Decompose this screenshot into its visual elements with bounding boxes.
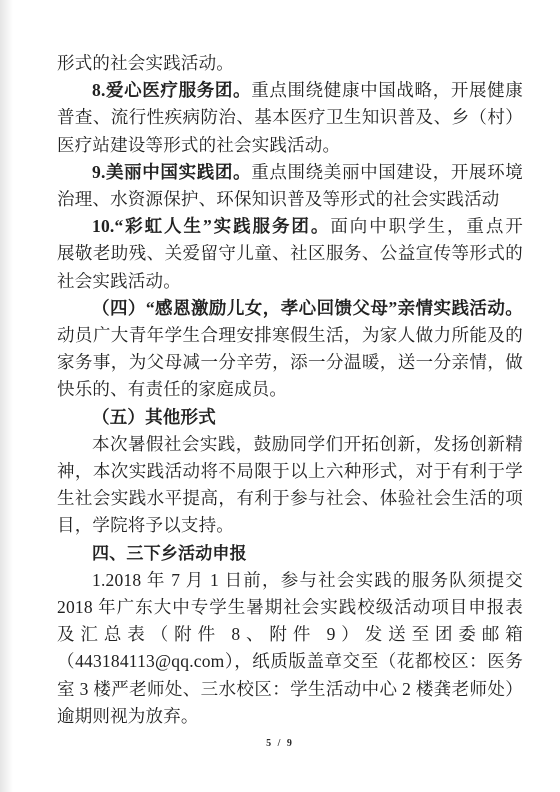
text-line: 社会实践活动。 <box>57 268 523 295</box>
text-segment: 10.“彩虹人生”实践服务团。 <box>92 216 330 236</box>
text-segment: 社会实践活动。 <box>57 271 181 291</box>
text-segment: 目，学院将予以支持。 <box>57 515 234 535</box>
text-line: 2018 年广东大中专学生暑期社会实践校级活动项目申报表 <box>57 594 523 621</box>
text-line: 展敬老助残、关爱留守儿童、社区服务、公益宣传等形式的 <box>57 240 523 267</box>
text-line: 神，本次实践活动将不局限于以上六种形式，对于有利于学 <box>57 458 523 485</box>
text-line: 动员广大青年学生合理安排寒假生活，为家人做力所能及的 <box>57 322 523 349</box>
text-line: 四、三下乡活动申报 <box>57 540 523 567</box>
text-segment: 2018 年广东大中专学生暑期社会实践校级活动项目申报表 <box>57 597 523 617</box>
text-segment: 及汇总表（附件 8、附件 9）发送至团委邮箱 <box>57 624 523 644</box>
text-line: 室 3 楼严老师处、三水校区：学生活动中心 2 楼龚老师处） <box>57 676 523 703</box>
text-segment: 治理、水资源保护、环保知识普及等形式的社会实践活动 <box>57 189 500 209</box>
text-segment: 形式的社会实践活动。 <box>57 53 234 73</box>
text-segment: 神，本次实践活动将不局限于以上六种形式，对于有利于学 <box>57 461 523 481</box>
text-line: 治理、水资源保护、环保知识普及等形式的社会实践活动 <box>57 186 523 213</box>
text-line: 1.2018 年 7 月 1 日前，参与社会实践的服务队须提交 <box>57 567 523 594</box>
text-segment: 生社会实践水平提高，有利于参与社会、体验社会生活的项 <box>57 488 523 508</box>
text-line: （五）其他形式 <box>57 404 523 431</box>
text-segment: 1.2018 年 7 月 1 日前，参与社会实践的服务队须提交 <box>92 570 523 590</box>
text-line: 目，学院将予以支持。 <box>57 512 523 539</box>
page-number: 5 / 9 <box>0 738 560 749</box>
text-line: 生社会实践水平提高，有利于参与社会、体验社会生活的项 <box>57 485 523 512</box>
text-segment: （四）“感恩激励儿女，孝心回馈父母”亲情实践活动。 <box>92 298 523 318</box>
text-segment: 室 3 楼严老师处、三水校区：学生活动中心 2 楼龚老师处） <box>57 679 523 699</box>
text-segment: 动员广大青年学生合理安排寒假生活，为家人做力所能及的 <box>57 325 523 345</box>
text-segment: 本次暑假社会实践，鼓励同学们开拓创新，发扬创新精 <box>92 434 523 454</box>
text-line: 家务事，为父母减一分辛劳，添一分温暖，送一分亲情，做 <box>57 349 523 376</box>
text-segment: 普查、流行性疾病防治、基本医疗卫生知识普及、乡（村） <box>57 107 523 127</box>
text-segment: 8.爱心医疗服务团。 <box>92 80 251 100</box>
text-line: 本次暑假社会实践，鼓励同学们开拓创新，发扬创新精 <box>57 431 523 458</box>
text-segment: 面向中职学生，重点开 <box>330 216 523 236</box>
text-segment: 四、三下乡活动申报 <box>92 544 247 563</box>
text-line: 8.爱心医疗服务团。重点围绕健康中国战略，开展健康 <box>57 77 523 104</box>
text-line: 10.“彩虹人生”实践服务团。面向中职学生，重点开 <box>57 213 523 240</box>
text-segment: 重点围绕健康中国战略，开展健康 <box>251 80 523 100</box>
page-left-edge-shadow <box>0 0 13 792</box>
text-segment: （443184113@qq.com），纸质版盖章交至（花都校区：医务 <box>57 651 523 671</box>
text-line: （四）“感恩激励儿女，孝心回馈父母”亲情实践活动。 <box>57 295 523 322</box>
text-segment: 快乐的、有责任的家庭成员。 <box>57 379 287 399</box>
text-segment: 医疗站建设等形式的社会实践活动。 <box>57 135 340 155</box>
text-line: 普查、流行性疾病防治、基本医疗卫生知识普及、乡（村） <box>57 104 523 131</box>
text-line: 9.美丽中国实践团。重点围绕美丽中国建设，开展环境 <box>57 159 523 186</box>
text-segment: 展敬老助残、关爱留守儿童、社区服务、公益宣传等形式的 <box>57 243 523 263</box>
text-segment: 逾期则视为放弃。 <box>57 706 199 726</box>
text-segment: 重点围绕美丽中国建设，开展环境 <box>251 162 523 182</box>
text-segment: 家务事，为父母减一分辛劳，添一分温暖，送一分亲情，做 <box>57 352 523 372</box>
text-line: 及汇总表（附件 8、附件 9）发送至团委邮箱 <box>57 621 523 648</box>
text-line: 形式的社会实践活动。 <box>57 50 523 77</box>
text-line: 医疗站建设等形式的社会实践活动。 <box>57 132 523 159</box>
document-body: 形式的社会实践活动。8.爱心医疗服务团。重点围绕健康中国战略，开展健康普查、流行… <box>57 50 523 730</box>
text-line: 逾期则视为放弃。 <box>57 703 523 730</box>
text-line: 快乐的、有责任的家庭成员。 <box>57 376 523 403</box>
text-line: （443184113@qq.com），纸质版盖章交至（花都校区：医务 <box>57 648 523 675</box>
document-page: 形式的社会实践活动。8.爱心医疗服务团。重点围绕健康中国战略，开展健康普查、流行… <box>0 0 560 792</box>
text-segment: （五）其他形式 <box>92 407 216 427</box>
text-segment: 9.美丽中国实践团。 <box>92 162 251 182</box>
